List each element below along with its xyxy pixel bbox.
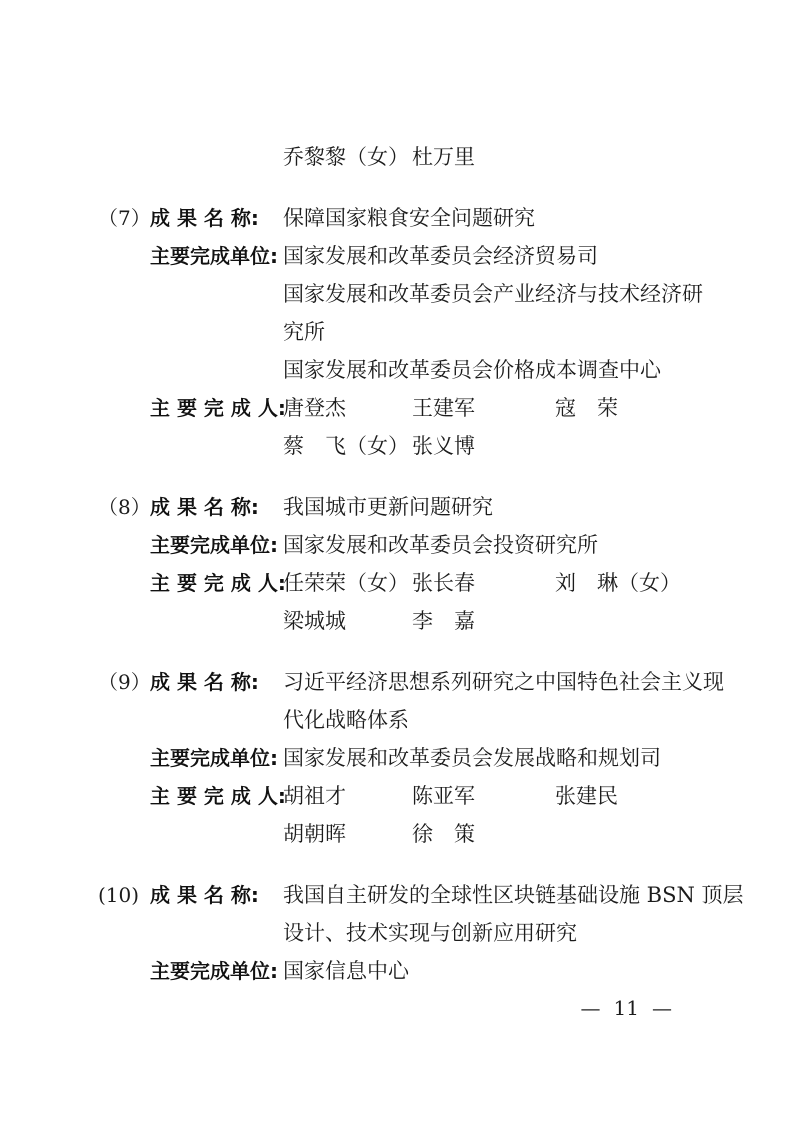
achievement-people-row: 主 要 完 成 人: 任荣荣（女） 张长春 刘 琳（女） 梁城城 李 嘉 <box>98 564 704 640</box>
achievement-item-7: （7） 成 果 名 称: 保障国家粮食安全问题研究 主要完成单位: 国家发展和改… <box>98 199 704 465</box>
achievement-name: 习近平经济思想系列研究之中国特色社会主义现 <box>283 663 724 701</box>
item-number: （8） <box>98 488 150 526</box>
person-name: 张建民 <box>555 777 704 815</box>
field-label-name: 成 果 名 称: <box>150 488 283 526</box>
person-name: 梁城城 <box>283 602 412 640</box>
person-name: 寇 荣 <box>555 389 704 427</box>
field-label-name: 成 果 名 称: <box>150 663 283 701</box>
item-number: (10) <box>98 876 150 914</box>
achievement-name: 我国自主研发的全球性区块链基础设施 BSN 顶层 <box>283 876 744 914</box>
unit-name: 究所 <box>283 313 704 351</box>
person-name: 杜万里 <box>412 138 555 176</box>
field-label-unit: 主要完成单位: <box>150 739 283 777</box>
field-label-name: 成 果 名 称: <box>150 876 283 914</box>
person-name: 徐 策 <box>412 815 555 853</box>
person-name: 乔黎黎（女） <box>283 138 412 176</box>
field-label-people: 主 要 完 成 人: <box>150 564 283 602</box>
person-name: 张义博 <box>412 427 555 465</box>
person-name: 刘 琳（女） <box>555 564 704 602</box>
achievement-units-row: 主要完成单位: 国家发展和改革委员会发展战略和规划司 <box>98 739 704 777</box>
page-number: — 11 — <box>581 996 672 1020</box>
person-name: 王建军 <box>412 389 555 427</box>
field-label-unit: 主要完成单位: <box>150 237 283 275</box>
achievement-people-row: 主 要 完 成 人: 胡祖才 陈亚军 张建民 胡朝晖 徐 策 <box>98 777 704 853</box>
achievement-name-row: （7） 成 果 名 称: 保障国家粮食安全问题研究 <box>98 199 704 237</box>
achievement-item-10: (10) 成 果 名 称: 我国自主研发的全球性区块链基础设施 BSN 顶层 设… <box>98 876 704 990</box>
unit-name: 国家发展和改革委员会投资研究所 <box>283 526 704 564</box>
person-name: 张长春 <box>412 564 555 602</box>
person-name: 胡祖才 <box>283 777 412 815</box>
person-name: 蔡 飞（女） <box>283 427 412 465</box>
person-name: 李 嘉 <box>412 602 555 640</box>
person-name <box>555 427 704 465</box>
person-name: 陈亚军 <box>412 777 555 815</box>
person-name: 唐登杰 <box>283 389 412 427</box>
person-name <box>555 815 704 853</box>
field-label-people: 主 要 完 成 人: <box>150 389 283 427</box>
page-number-dash-left: — <box>581 996 601 1020</box>
field-label-name: 成 果 名 称: <box>150 199 283 237</box>
achievement-name: 我国城市更新问题研究 <box>283 488 704 526</box>
achievement-item-8: （8） 成 果 名 称: 我国城市更新问题研究 主要完成单位: 国家发展和改革委… <box>98 488 704 640</box>
achievement-people-row: 主 要 完 成 人: 唐登杰 王建军 寇 荣 蔡 飞（女） 张义博 <box>98 389 704 465</box>
unit-name: 国家发展和改革委员会价格成本调查中心 <box>283 351 704 389</box>
person-name: 胡朝晖 <box>283 815 412 853</box>
page-content: 乔黎黎（女） 杜万里 （7） 成 果 名 称: 保障国家粮食安全问题研究 主要完… <box>98 138 704 990</box>
unit-name: 国家发展和改革委员会经济贸易司 <box>283 237 704 275</box>
item-number: （7） <box>98 199 150 237</box>
unit-name: 国家发展和改革委员会发展战略和规划司 <box>283 739 704 777</box>
achievement-name-row: （9） 成 果 名 称: 习近平经济思想系列研究之中国特色社会主义现 代化战略体… <box>98 663 704 739</box>
achievement-name: 保障国家粮食安全问题研究 <box>283 199 704 237</box>
unit-name: 国家信息中心 <box>283 952 704 990</box>
achievement-item-9: （9） 成 果 名 称: 习近平经济思想系列研究之中国特色社会主义现 代化战略体… <box>98 663 704 853</box>
page-number-value: 11 <box>614 996 639 1020</box>
field-label-people: 主 要 完 成 人: <box>150 777 283 815</box>
person-name <box>555 602 704 640</box>
achievement-units-row: 主要完成单位: 国家发展和改革委员会投资研究所 <box>98 526 704 564</box>
field-label-unit: 主要完成单位: <box>150 952 283 990</box>
achievement-name: 代化战略体系 <box>283 701 724 739</box>
achievement-name: 设计、技术实现与创新应用研究 <box>283 914 744 952</box>
person-name: 任荣荣（女） <box>283 564 412 602</box>
unit-name: 国家发展和改革委员会产业经济与技术经济研 <box>283 275 704 313</box>
achievement-name-row: （8） 成 果 名 称: 我国城市更新问题研究 <box>98 488 704 526</box>
achievement-units-row: 主要完成单位: 国家发展和改革委员会经济贸易司 国家发展和改革委员会产业经济与技… <box>98 237 704 389</box>
continuation-people-row: 乔黎黎（女） 杜万里 <box>98 138 704 176</box>
page-number-dash-right: — <box>652 996 672 1020</box>
document-page: 乔黎黎（女） 杜万里 （7） 成 果 名 称: 保障国家粮食安全问题研究 主要完… <box>0 0 794 1123</box>
achievement-units-row: 主要完成单位: 国家信息中心 <box>98 952 704 990</box>
achievement-name-row: (10) 成 果 名 称: 我国自主研发的全球性区块链基础设施 BSN 顶层 设… <box>98 876 704 952</box>
item-number: （9） <box>98 663 150 701</box>
field-label-unit: 主要完成单位: <box>150 526 283 564</box>
